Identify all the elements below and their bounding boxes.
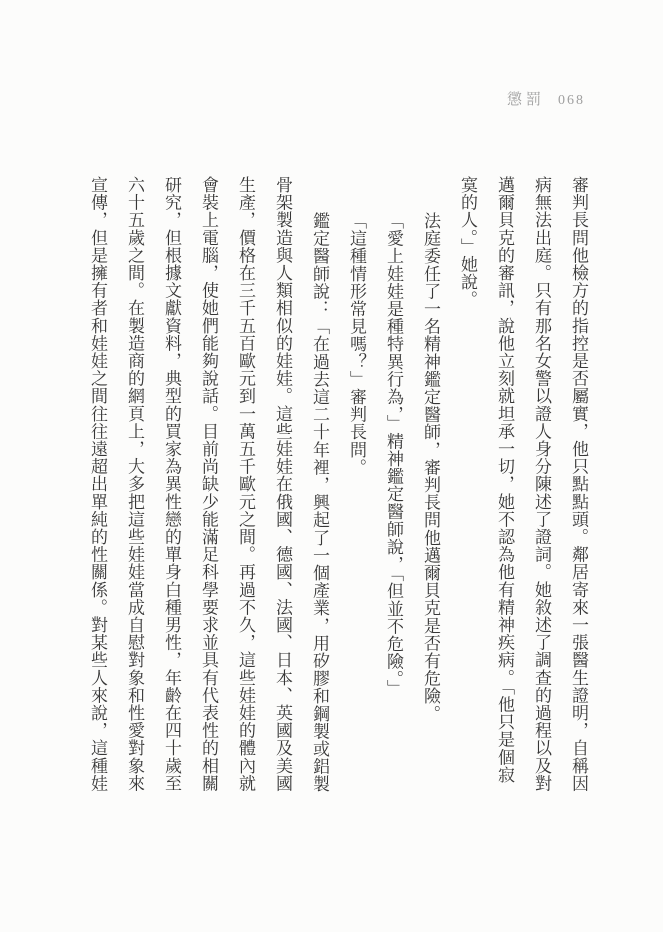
text-column: 會裝上電腦，使她們能夠說話。目前尚缺少能滿足科學要求並具有代表性的相關 (190, 176, 227, 824)
text-column: 「這種情形常見嗎？」審判長問。 (338, 176, 375, 824)
text-column: 邁爾貝克的審訊，說他立刻就坦承一切，她不認為他有精神疾病。「他只是個寂 (486, 176, 523, 824)
running-head-page-number: 068 (558, 93, 585, 109)
text-column: 宣傳，但是擁有者和娃娃之間往往遠超出單純的性關係。對某些人來說，這種娃 (79, 176, 116, 824)
text-column: 研究，但根據文獻資料，典型的買家為異性戀的單身白種男性，年齡在四十歲至 (153, 176, 190, 824)
text-column: 鑑定醫師說：「在過去這二十年裡，興起了一個產業，用矽膠和鋼製或鋁製 (301, 176, 338, 824)
text-column: 寞的人。」她說。 (449, 176, 486, 824)
text-column: 病無法出庭。只有那名女警以證人身分陳述了證詞。她敘述了調查的過程以及對 (523, 176, 560, 824)
text-column: 六十五歲之間。在製造商的網頁上，大多把這些娃娃當成自慰對象和性愛對象來 (116, 176, 153, 824)
running-head: 懲罰 068 (507, 88, 585, 109)
text-column: 骨架製造與人類相似的娃娃。這些娃娃在俄國、德國、法國、日本、英國及美國 (264, 176, 301, 824)
text-column: 「愛上娃娃是種特異行為，」精神鑑定醫師說，「但並不危險。」 (375, 176, 412, 824)
book-page: 懲罰 068 審判長問他檢方的指控是否屬實，他只點點頭。鄰居寄來一張醫生證明，自… (0, 0, 663, 932)
running-head-book-title: 懲罰 (507, 88, 545, 109)
body-text-block: 審判長問他檢方的指控是否屬實，他只點點頭。鄰居寄來一張醫生證明，自稱因病無法出庭… (79, 176, 597, 824)
text-column: 法庭委任了一名精神鑑定醫師，審判長問他邁爾貝克是否有危險。 (412, 176, 449, 824)
text-column: 審判長問他檢方的指控是否屬實，他只點點頭。鄰居寄來一張醫生證明，自稱因 (560, 176, 597, 824)
text-column: 生產，價格在三千五百歐元到一萬五千歐元之間。再過不久，這些娃娃的體內就 (227, 176, 264, 824)
